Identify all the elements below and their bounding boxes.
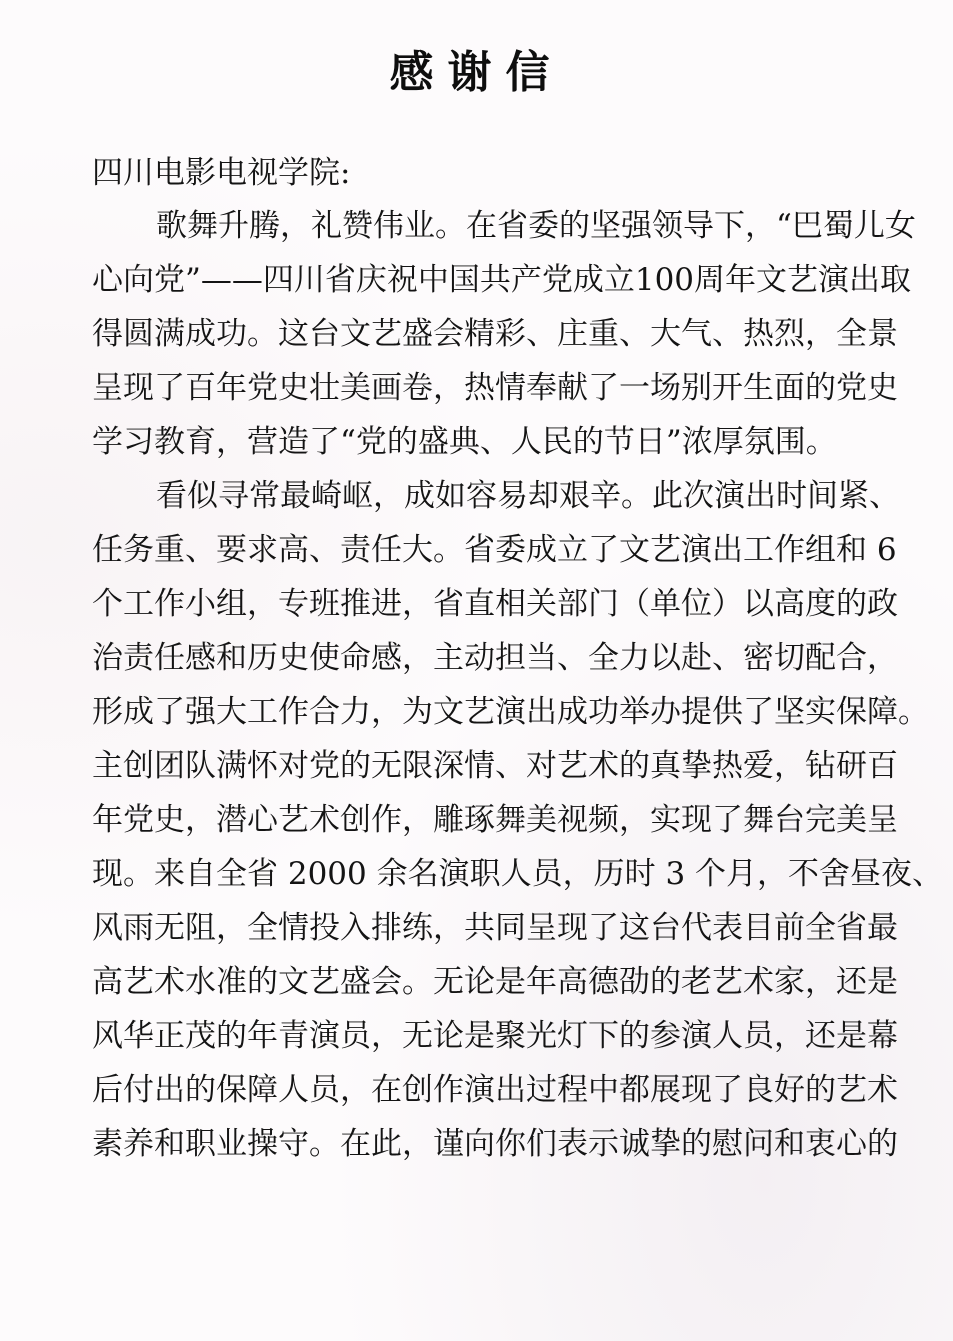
salutation: 四川电影电视学院: xyxy=(92,155,862,191)
paragraph-1-line-4: 呈现了百年党史壮美画卷，热情奉献了一场别开生面的党史 xyxy=(92,370,862,406)
paragraph-2-line-13: 素养和职业操守。在此，谨向你们表示诚挚的慰问和衷心的 xyxy=(92,1126,862,1162)
paragraph-2-line-10: 高艺术水准的文艺盛会。无论是年高德劭的老艺术家，还是 xyxy=(92,964,862,1000)
paragraph-2-line-4: 治责任感和历史使命感，主动担当、全力以赴、密切配合， xyxy=(92,640,862,676)
paragraph-1-line-3: 得圆满成功。这台文艺盛会精彩、庄重、大气、热烈，全景 xyxy=(92,316,862,352)
paragraph-2-line-11: 风华正茂的年青演员，无论是聚光灯下的参演人员，还是幕 xyxy=(92,1018,862,1054)
letter-title: 感谢信 xyxy=(0,36,953,100)
paragraph-1-line-1: 歌舞升腾，礼赞伟业。在省委的坚强领导下，“巴蜀儿女 xyxy=(156,208,862,244)
paragraph-1-line-5: 学习教育，营造了“党的盛典、人民的节日”浓厚氛围。 xyxy=(92,424,862,460)
paragraph-2-line-7: 年党史，潜心艺术创作，雕琢舞美视频，实现了舞台完美呈 xyxy=(92,802,862,838)
paragraph-2-line-3: 个工作小组，专班推进，省直相关部门（单位）以高度的政 xyxy=(92,586,862,622)
paragraph-2-line-12: 后付出的保障人员，在创作演出过程中都展现了良好的艺术 xyxy=(92,1072,862,1108)
paragraph-2-line-1: 看似寻常最崎岖，成如容易却艰辛。此次演出时间紧、 xyxy=(156,478,862,514)
paragraph-2-line-8: 现。来自全省 2000 余名演职人员，历时 3 个月，不舍昼夜、 xyxy=(92,856,862,892)
paragraph-1-line-2: 心向党”——四川省庆祝中国共产党成立100周年文艺演出取 xyxy=(92,262,862,298)
paragraph-2-line-9: 风雨无阻，全情投入排练，共同呈现了这台代表目前全省最 xyxy=(92,910,862,946)
paragraph-2-line-2: 任务重、要求高、责任大。省委成立了文艺演出工作组和 6 xyxy=(92,532,862,568)
paragraph-2-line-6: 主创团队满怀对党的无限深情、对艺术的真挚热爱，钻研百 xyxy=(92,748,862,784)
paragraph-2-line-5: 形成了强大工作合力，为文艺演出成功举办提供了坚实保障。 xyxy=(92,694,862,730)
